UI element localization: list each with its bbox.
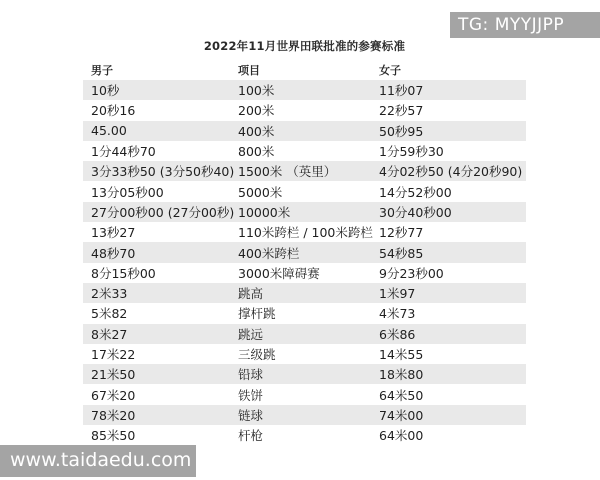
- men-cell: 48秒70: [83, 244, 238, 262]
- men-cell: 20秒16: [83, 101, 238, 119]
- men-cell: 5米82: [83, 304, 238, 322]
- event-cell: 杆枪: [238, 426, 379, 444]
- men-cell: 3分33秒50 (3分50秒40): [83, 162, 238, 180]
- event-cell: 跳远: [238, 325, 379, 343]
- event-cell: 100米: [238, 81, 379, 99]
- event-cell: 400米跨栏: [238, 244, 379, 262]
- men-cell: 67米20: [83, 386, 238, 404]
- header-men: 男子: [83, 62, 238, 78]
- table-row: 45.00400米50秒95: [83, 121, 526, 141]
- page-title: 2022年11月世界田联批准的参赛标准: [83, 38, 526, 54]
- page: TG: MYYJJPP 2022年11月世界田联批准的参赛标准 男子 项目 女子…: [0, 0, 600, 480]
- table-rows: 10秒100米11秒0720秒16200米22秒5745.00400米50秒95…: [83, 80, 526, 445]
- table-row: 13秒27110米跨栏 / 100米跨栏12秒77: [83, 222, 526, 242]
- men-cell: 13分05秒00: [83, 183, 238, 201]
- men-cell: 2米33: [83, 284, 238, 302]
- event-cell: 铅球: [238, 365, 379, 383]
- event-cell: 10000米: [238, 203, 379, 221]
- table-header-row: 男子 项目 女子: [83, 59, 526, 80]
- men-cell: 8分15秒00: [83, 264, 238, 282]
- event-cell: 跳高: [238, 284, 379, 302]
- event-cell: 三级跳: [238, 345, 379, 363]
- men-cell: 21米50: [83, 365, 238, 383]
- women-cell: 6米86: [379, 325, 526, 343]
- header-women: 女子: [379, 62, 526, 78]
- women-cell: 50秒95: [379, 122, 526, 140]
- event-cell: 200米: [238, 101, 379, 119]
- men-cell: 1分44秒70: [83, 142, 238, 160]
- header-event: 项目: [238, 62, 379, 78]
- table-row: 5米82撑杆跳4米73: [83, 303, 526, 323]
- men-cell: 13秒27: [83, 223, 238, 241]
- table-row: 1分44秒70800米1分59秒30: [83, 141, 526, 161]
- women-cell: 14分52秒00: [379, 183, 526, 201]
- men-cell: 85米50: [83, 426, 238, 444]
- women-cell: 64米00: [379, 426, 526, 444]
- table-row: 78米20链球74米00: [83, 405, 526, 425]
- table-row: 67米20铁饼64米50: [83, 384, 526, 404]
- women-cell: 18米80: [379, 365, 526, 383]
- women-cell: 9分23秒00: [379, 264, 526, 282]
- event-cell: 铁饼: [238, 386, 379, 404]
- women-cell: 1米97: [379, 284, 526, 302]
- table-row: 48秒70400米跨栏54秒85: [83, 242, 526, 262]
- women-cell: 14米55: [379, 345, 526, 363]
- table-row: 21米50铅球18米80: [83, 364, 526, 384]
- women-cell: 1分59秒30: [379, 142, 526, 160]
- table-row: 20秒16200米22秒57: [83, 100, 526, 120]
- women-cell: 64米50: [379, 386, 526, 404]
- women-cell: 74米00: [379, 406, 526, 424]
- men-cell: 45.00: [83, 123, 238, 138]
- watermark-top-right: TG: MYYJJPP: [450, 12, 600, 38]
- men-cell: 10秒: [83, 81, 238, 99]
- table-row: 27分00秒00 (27分00秒)10000米30分40秒00: [83, 202, 526, 222]
- women-cell: 4米73: [379, 304, 526, 322]
- event-cell: 3000米障碍赛: [238, 264, 379, 282]
- women-cell: 12秒77: [379, 223, 526, 241]
- table-row: 85米50杆枪64米00: [83, 425, 526, 445]
- event-cell: 800米: [238, 142, 379, 160]
- table-row: 17米22三级跳14米55: [83, 344, 526, 364]
- men-cell: 17米22: [83, 345, 238, 363]
- women-cell: 22秒57: [379, 101, 526, 119]
- women-cell: 11秒07: [379, 81, 526, 99]
- table-row: 8米27跳远6米86: [83, 324, 526, 344]
- men-cell: 78米20: [83, 406, 238, 424]
- women-cell: 4分02秒50 (4分20秒90): [379, 162, 526, 180]
- standards-table: 男子 项目 女子 10秒100米11秒0720秒16200米22秒5745.00…: [83, 59, 526, 445]
- table-row: 10秒100米11秒07: [83, 80, 526, 100]
- event-cell: 链球: [238, 406, 379, 424]
- table-row: 8分15秒003000米障碍赛9分23秒00: [83, 263, 526, 283]
- men-cell: 27分00秒00 (27分00秒): [83, 203, 238, 221]
- table-row: 3分33秒50 (3分50秒40)1500米 （英里）4分02秒50 (4分20…: [83, 161, 526, 181]
- women-cell: 30分40秒00: [379, 203, 526, 221]
- men-cell: 8米27: [83, 325, 238, 343]
- women-cell: 54秒85: [379, 244, 526, 262]
- table-row: 2米33跳高1米97: [83, 283, 526, 303]
- event-cell: 400米: [238, 122, 379, 140]
- table-row: 13分05秒005000米14分52秒00: [83, 181, 526, 201]
- watermark-bottom-left: www.taidaedu.com: [0, 445, 196, 477]
- event-cell: 撑杆跳: [238, 304, 379, 322]
- event-cell: 110米跨栏 / 100米跨栏: [238, 223, 379, 241]
- event-cell: 5000米: [238, 183, 379, 201]
- event-cell: 1500米 （英里）: [238, 162, 379, 180]
